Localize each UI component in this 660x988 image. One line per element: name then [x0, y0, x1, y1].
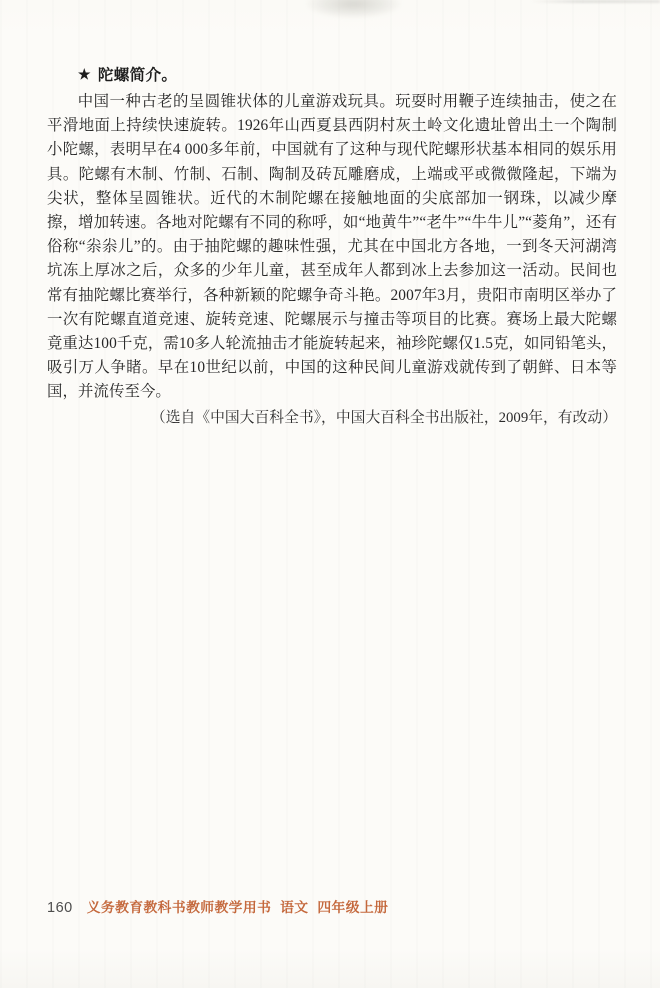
- section-title-text: 陀螺简介。: [98, 67, 177, 84]
- page-number: 160: [47, 900, 73, 916]
- body-paragraph: 中国一种古老的呈圆锥状体的儿童游戏玩具。玩耍时用鞭子连续抽击，使之在平滑地面上持…: [47, 90, 617, 405]
- section-title: ★陀螺简介。: [78, 63, 617, 89]
- page-content: ★陀螺简介。 中国一种古老的呈圆锥状体的儿童游戏玩具。玩耍时用鞭子连续抽击，使之…: [47, 63, 617, 430]
- footer-book-title: 义务教育教科书教师教学用书 语文 四年级上册: [87, 896, 389, 916]
- source-citation: （选自《中国大百科全书》，中国大百科全书出版社，2009年，有改动）: [47, 406, 617, 430]
- page-footer: 160 义务教育教科书教师教学用书 语文 四年级上册: [47, 896, 617, 916]
- scan-streak-artifact: [530, 0, 660, 3]
- scan-smudge-artifact: [306, 0, 401, 18]
- star-bullet-icon: ★: [78, 68, 91, 83]
